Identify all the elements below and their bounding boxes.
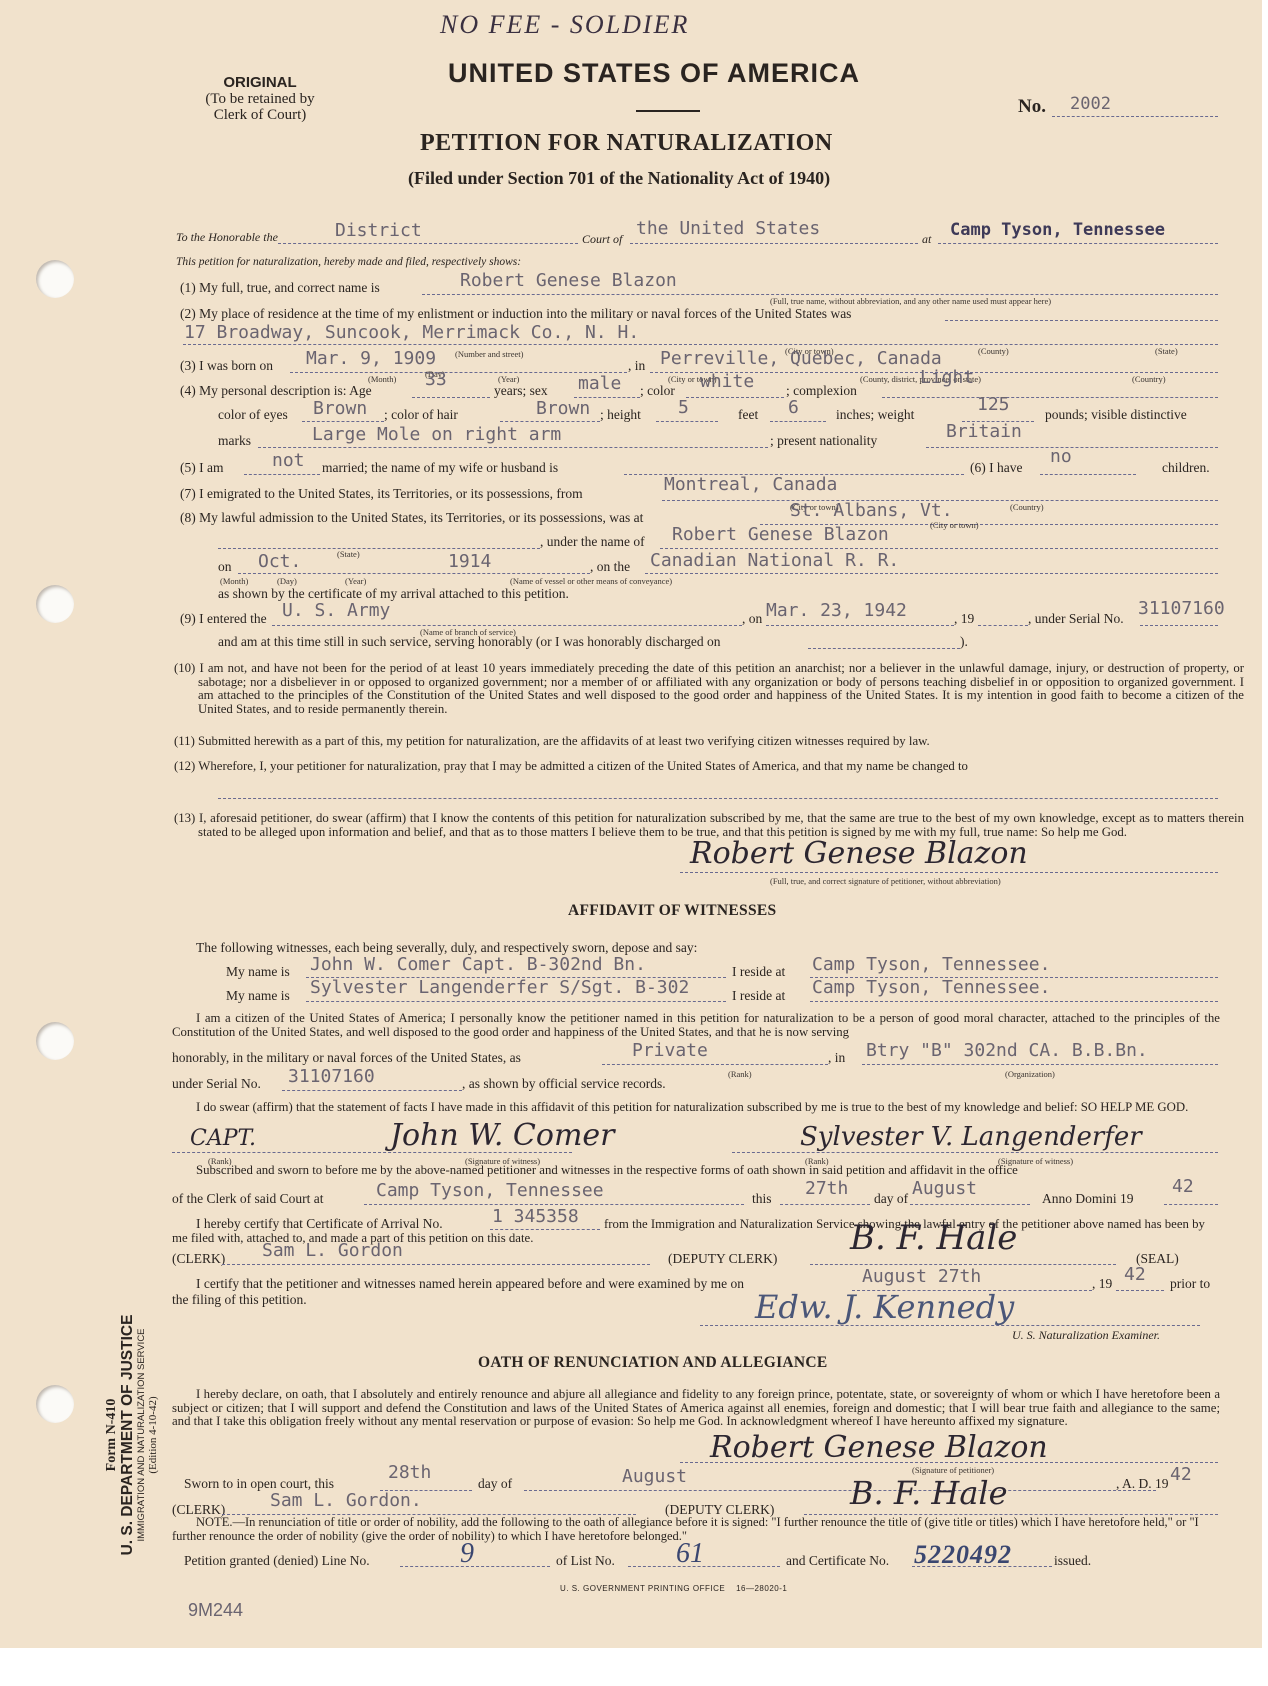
birth-date: Mar. 9, 1909 bbox=[306, 348, 436, 369]
birth-place: Perreville, Quebec, Canada bbox=[660, 348, 942, 369]
examiner-label: U. S. Naturalization Examiner. bbox=[1012, 1328, 1160, 1343]
witness2-name: Sylvester Langenderfer S/Sgt. B-302 bbox=[310, 977, 689, 998]
original-block: ORIGINAL (To be retained by Clerk of Cou… bbox=[170, 74, 350, 123]
deputy-clerk-signature: B. F. Hale bbox=[850, 1218, 1017, 1258]
oath-day: 28th bbox=[388, 1462, 431, 1483]
children-count: no bbox=[1050, 446, 1072, 467]
edition: (Edition 4-10-42) bbox=[147, 1295, 159, 1575]
hair-color: Brown bbox=[536, 398, 590, 419]
witness2-signature: Sylvester V. Langenderfer bbox=[800, 1122, 1142, 1152]
title-rule bbox=[636, 110, 700, 112]
affidavit-serial: 31107160 bbox=[288, 1066, 375, 1087]
conveyance: Canadian National R. R. bbox=[650, 550, 899, 571]
admission-year: 1914 bbox=[448, 551, 491, 572]
oath-text: I hereby declare, on oath, that I absolu… bbox=[172, 1388, 1220, 1429]
enlistment-date: Mar. 23, 1942 bbox=[766, 600, 907, 621]
item2-label: (2) My place of residence at the time of… bbox=[180, 306, 851, 322]
petition-number: 2002 bbox=[1070, 94, 1111, 114]
height-inches: 6 bbox=[788, 397, 799, 418]
emigrated-from: Montreal, Canada bbox=[664, 474, 837, 495]
handwritten-annotation: NO FEE - SOLDIER bbox=[440, 10, 689, 40]
distinctive-marks: Large Mole on right arm bbox=[312, 424, 561, 445]
court-name: the United States bbox=[636, 218, 820, 239]
oath-year: 42 bbox=[1170, 1464, 1192, 1485]
item4-label: (4) My personal description is: Age bbox=[180, 383, 372, 399]
citizen-statement: I am a citizen of the United States of A… bbox=[172, 1012, 1220, 1039]
subscribed-statement: Subscribed and sworn to before me by the… bbox=[196, 1164, 1226, 1178]
petition-intro: This petition for naturalization, hereby… bbox=[176, 256, 521, 268]
item10-text: (10) I am not, and have not been for the… bbox=[174, 662, 1244, 716]
form-number: Form N-410 bbox=[104, 1295, 119, 1575]
nationality: Britain bbox=[946, 421, 1022, 442]
item12-text: (12) Wherefore, I, your petitioner for n… bbox=[174, 760, 1224, 774]
punch-hole bbox=[36, 1022, 74, 1060]
weight: 125 bbox=[977, 394, 1010, 415]
admission-place: St. Albans, Vt. bbox=[790, 500, 953, 521]
certificate-number: 5220492 bbox=[914, 1540, 1012, 1570]
residence: 17 Broadway, Suncook, Merrimack Co., N. … bbox=[184, 322, 639, 343]
oath-heading: OATH OF RENUNCIATION AND ALLEGIANCE bbox=[478, 1354, 828, 1372]
sworn-day: 27th bbox=[805, 1178, 848, 1199]
court-type: District bbox=[335, 220, 422, 241]
country-title: UNITED STATES OF AMERICA bbox=[448, 58, 860, 89]
petitioner-signature: Robert Genese Blazon bbox=[690, 836, 1028, 871]
service-name: IMMIGRATION AND NATURALIZATION SERVICE bbox=[136, 1295, 147, 1575]
complexion: Light bbox=[920, 367, 974, 388]
item1-label: (1) My full, true, and correct name is bbox=[180, 280, 380, 296]
organization: Btry "B" 302nd CA. B.B.Bn. bbox=[866, 1040, 1148, 1061]
at-label: at bbox=[922, 232, 931, 247]
admission-name: Robert Genese Blazon bbox=[672, 524, 889, 545]
item13-text: (13) I, aforesaid petitioner, do swear (… bbox=[174, 812, 1244, 839]
clerk-name: Sam L. Gordon bbox=[262, 1240, 403, 1261]
witness1-signature: John W. Comer bbox=[390, 1118, 615, 1153]
sex: male bbox=[578, 373, 621, 394]
marital-status: not bbox=[272, 450, 305, 471]
affidavit-heading: AFFIDAVIT OF WITNESSES bbox=[568, 902, 776, 920]
number-label: No. bbox=[1018, 96, 1046, 118]
oath-month: August bbox=[622, 1466, 687, 1487]
form-side-label: Form N-410 U. S. DEPARTMENT OF JUSTICE I… bbox=[104, 1295, 159, 1575]
printing-office: U. S. GOVERNMENT PRINTING OFFICE 16—2802… bbox=[560, 1584, 787, 1593]
petition-title: PETITION FOR NATURALIZATION bbox=[420, 130, 833, 157]
list-number: 61 bbox=[676, 1538, 704, 1570]
witness1-residence: Camp Tyson, Tennessee. bbox=[812, 954, 1050, 975]
serial-number: 31107160 bbox=[1138, 598, 1225, 619]
eye-color: Brown bbox=[313, 398, 367, 419]
examination-year: 42 bbox=[1124, 1264, 1146, 1285]
item11-text: (11) Submitted herewith as a part of thi… bbox=[174, 735, 1220, 749]
item3-label: (3) I was born on bbox=[180, 358, 273, 374]
stamp-number: 9M244 bbox=[188, 1600, 243, 1621]
color: white bbox=[700, 371, 754, 392]
height-feet: 5 bbox=[678, 397, 689, 418]
petition-subtitle: (Filed under Section 701 of the National… bbox=[408, 168, 830, 189]
witness1-name: John W. Comer Capt. B-302nd Bn. bbox=[310, 954, 646, 975]
admission-month: Oct. bbox=[258, 551, 301, 572]
sworn-year: 42 bbox=[1172, 1176, 1194, 1197]
petitioner-name: Robert Genese Blazon bbox=[460, 270, 677, 291]
original-label: ORIGINAL bbox=[170, 74, 350, 91]
court-location: Camp Tyson, Tennessee bbox=[950, 220, 1165, 240]
examination-date: August 27th bbox=[862, 1266, 981, 1287]
document-page: NO FEE - SOLDIER ORIGINAL (To be retaine… bbox=[0, 0, 1262, 1648]
swear-statement: I do swear (affirm) that the statement o… bbox=[172, 1101, 1220, 1115]
original-sub1: (To be retained by bbox=[170, 91, 350, 107]
sworn-location: Camp Tyson, Tennessee bbox=[376, 1180, 604, 1201]
oath-petitioner-signature: Robert Genese Blazon bbox=[710, 1430, 1048, 1465]
oath-deputy-signature: B. F. Hale bbox=[850, 1474, 1008, 1512]
punch-hole bbox=[36, 585, 74, 623]
examiner-signature: Edw. J. Kennedy bbox=[755, 1288, 1014, 1326]
court-of-label: Court of bbox=[582, 232, 622, 247]
department-name: U. S. DEPARTMENT OF JUSTICE bbox=[119, 1295, 136, 1575]
line-number: 9 bbox=[460, 1538, 474, 1570]
witness1-rank: CAPT. bbox=[190, 1126, 256, 1151]
original-sub2: Clerk of Court) bbox=[170, 107, 350, 123]
service-branch: U. S. Army bbox=[282, 600, 390, 621]
to-label: To the Honorable the bbox=[176, 230, 278, 245]
punch-hole bbox=[36, 1385, 74, 1423]
witness2-residence: Camp Tyson, Tennessee. bbox=[812, 977, 1050, 998]
age: 33 bbox=[425, 369, 447, 390]
witness-rank: Private bbox=[632, 1040, 708, 1061]
punch-hole bbox=[36, 260, 74, 298]
sworn-month: August bbox=[912, 1178, 977, 1199]
oath-clerk-name: Sam L. Gordon. bbox=[270, 1490, 422, 1511]
